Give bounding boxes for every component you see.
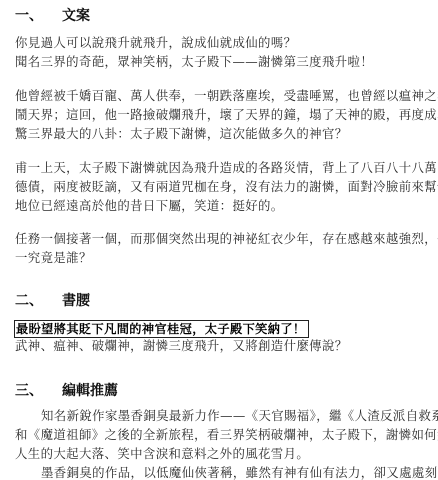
text-line: 他曾經被千嬌百寵、萬人供奉，一朝跌落塵埃，受盡唾罵，也曾經以瘟神之名大 [15,86,427,105]
text-line: 和《魔道祖師》之後的全新旅程，看三界笑柄破爛神，太子殿下，謝憐如何笑待 [15,425,427,444]
text-line: 甫一上天，太子殿下謝憐就因為飛升造成的各路災情，背上了八百八十八萬的功 [15,158,427,177]
section-heading-copy: 一、文案 [15,7,90,25]
text-line: 德債，兩度被貶謫，又有兩道咒枷在身，沒有法力的謝憐，面對冷臉前來幫忙， [15,177,427,196]
text-line: 人生的大起大落、笑中含淚和意料之外的風花雪月。 [15,444,427,463]
copy-paragraph-4: 任務一個接著一個，而那個突然出現的神祕紅衣少年，存在感越來越強烈，他一 一究竟是… [15,229,427,267]
section-number: 三、 [15,382,62,400]
recommendation-paragraph-1: 知名新銳作家墨香銅臭最新力作——《天官賜福》，繼《人渣反派自救系統》 和《魔道祖… [15,406,427,464]
text-line: 墨香銅臭的作品，以低魔仙俠著稱，雖然有神有仙有法力，卻又處處刻著最 [15,463,427,480]
copy-paragraph-3: 甫一上天，太子殿下謝憐就因為飛升造成的各路災情，背上了八百八十八萬的功 德債，兩… [15,158,427,216]
text-line: 武神、瘟神、破爛神，謝憐三度飛升，又將創造什麼傳說？ [15,336,427,355]
section-title: 編輯推薦 [62,383,118,399]
section-title: 書腰 [62,293,90,309]
text-line: 驚三界最大的八卦：太子殿下謝憐，這次能做多久的神官？ [15,124,427,143]
section-title: 文案 [62,8,90,24]
text-line: 地位已經遠高於他的昔日下屬，笑道：挺好的。 [15,196,427,215]
text-line: 知名新銳作家墨香銅臭最新力作——《天官賜福》，繼《人渣反派自救系統》 [15,406,427,425]
section-heading-belt: 二、書腰 [15,292,90,310]
text-line: 鬧天界；這回，他一路撿破爛飛升，壞了天界的鐘，塌了天神的殿，再度成為震 [15,105,427,124]
copy-paragraph-1: 你見過人可以說飛升就飛升，說成仙就成仙的嗎？ 聞名三界的奇葩，眾神笑柄，太子殿下… [15,33,427,71]
text-line: 一究竟是誰？ [15,248,427,267]
text-line: 聞名三界的奇葩，眾神笑柄，太子殿下——謝憐第三度飛升啦！ [15,52,427,71]
section-heading-editor-recommendation: 三、編輯推薦 [15,382,118,400]
copy-paragraph-2: 他曾經被千嬌百寵、萬人供奉，一朝跌落塵埃，受盡唾罵，也曾經以瘟神之名大 鬧天界；… [15,86,427,144]
section-number: 二、 [15,292,62,310]
text-line: 你見過人可以說飛升就飛升，說成仙就成仙的嗎？ [15,33,427,52]
text-line: 任務一個接著一個，而那個突然出現的神祕紅衣少年，存在感越來越強烈，他一 [15,229,427,248]
belt-subline: 武神、瘟神、破爛神，謝憐三度飛升，又將創造什麼傳說？ [15,336,427,355]
recommendation-paragraph-2: 墨香銅臭的作品，以低魔仙俠著稱，雖然有神有仙有法力，卻又處處刻著最 [15,463,427,480]
section-number: 一、 [15,7,62,25]
